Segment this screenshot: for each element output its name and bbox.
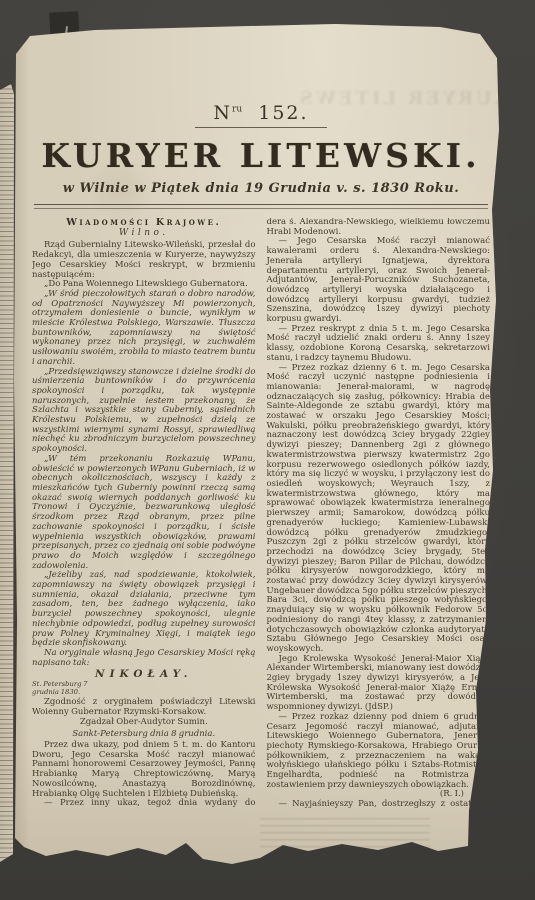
issue-value: 152. [258, 102, 308, 124]
adjacent-page-edge [0, 84, 14, 862]
double-rule [34, 204, 488, 209]
header-rule [195, 127, 327, 128]
issue-superscript: ru [232, 105, 242, 115]
paragraph: — Jego Cesarska Mość raczył mianować kaw… [267, 237, 491, 324]
issue-number: Nru 152. [32, 102, 490, 124]
paragraph: Przez dwa ukazy, pod dniem 5 t. m. do Ka… [32, 741, 256, 799]
masthead-title: KURYER LITEWSKI. [32, 136, 490, 175]
paragraph: Zgodność z oryginałem poświadczył Litews… [32, 698, 256, 717]
left-column-paragraphs: Rząd Gubernialny Litewsko-Wileński, prze… [32, 241, 256, 808]
scan-backdrop: KURYER LITEWSKI. Nru 152. KURYER LITEWSK… [0, 0, 535, 900]
paragraph: Rząd Gubernialny Litewsko-Wileński, prze… [32, 241, 256, 280]
paragraph: — Przez rozkaz dzienny pod dniem 6 grudn… [267, 713, 491, 791]
city-heading: Wilno. [32, 229, 256, 239]
section-heading: Wiadomości Krajowe. [32, 218, 256, 228]
paragraph: „W śród pieczołowitych starań o dobro na… [32, 290, 256, 368]
paragraph: — Nayjaśnieyszy Pan, dostrzegłszy z osta… [267, 800, 491, 808]
paragraph: „Przedsięwziąwszy stanowcze i dzielne śr… [32, 368, 256, 455]
paragraph: St. Petersburg 7 grudnia 1830. [32, 681, 106, 696]
show-through-lines [260, 818, 430, 850]
right-column: dera ś. Alexandra-Newskiego, wielkiemu ł… [267, 218, 491, 808]
paragraph: Sankt-Petersburg dnia 8 grudnia. [32, 730, 256, 740]
paragraph: — Przez rozkaz dzienny 6 t. m. Jego Cesa… [267, 364, 491, 655]
paragraph: — Przez inny ukaz, tegoż dnia wydany do … [32, 799, 256, 808]
right-column-paragraphs: dera ś. Alexandra-Newskiego, wielkiemu ł… [267, 218, 491, 808]
paragraph: Jego Krolewska Wysokość Jenerał-Maior Xi… [267, 655, 491, 713]
paragraph: „Jeżeliby zaś, nad spodziewanie, ktokolw… [32, 571, 256, 649]
newspaper-page: KURYER LITEWSKI. Nru 152. KURYER LITEWSK… [0, 0, 535, 900]
paragraph: — Przez reskrypt z dnia 5 t. m. Jego Ces… [267, 325, 491, 364]
paragraph: „W tém przekonaniu Rozkazuię WPanu, obwi… [32, 455, 256, 571]
issue-prefix: N [213, 102, 232, 124]
dateline: w Wilnie w Piątek dnia 19 Grudnia v. s. … [32, 181, 490, 196]
text-columns: Wiadomości Krajowe. Wilno. Rząd Gubernia… [32, 218, 490, 808]
left-column: Wiadomości Krajowe. Wilno. Rząd Gubernia… [32, 218, 256, 808]
paragraph: NIKOŁAY. [32, 670, 256, 680]
paragraph: Zgadzał Ober-Audytor Sumin. [32, 718, 256, 728]
paragraph: dera ś. Alexandra-Newskiego, wielkiemu ł… [267, 218, 491, 237]
paragraph: Na oryginale własną Jego Cesarskiey Mośc… [32, 649, 256, 668]
page-content: Nru 152. KURYER LITEWSKI. w Wilnie w Pią… [32, 102, 490, 808]
